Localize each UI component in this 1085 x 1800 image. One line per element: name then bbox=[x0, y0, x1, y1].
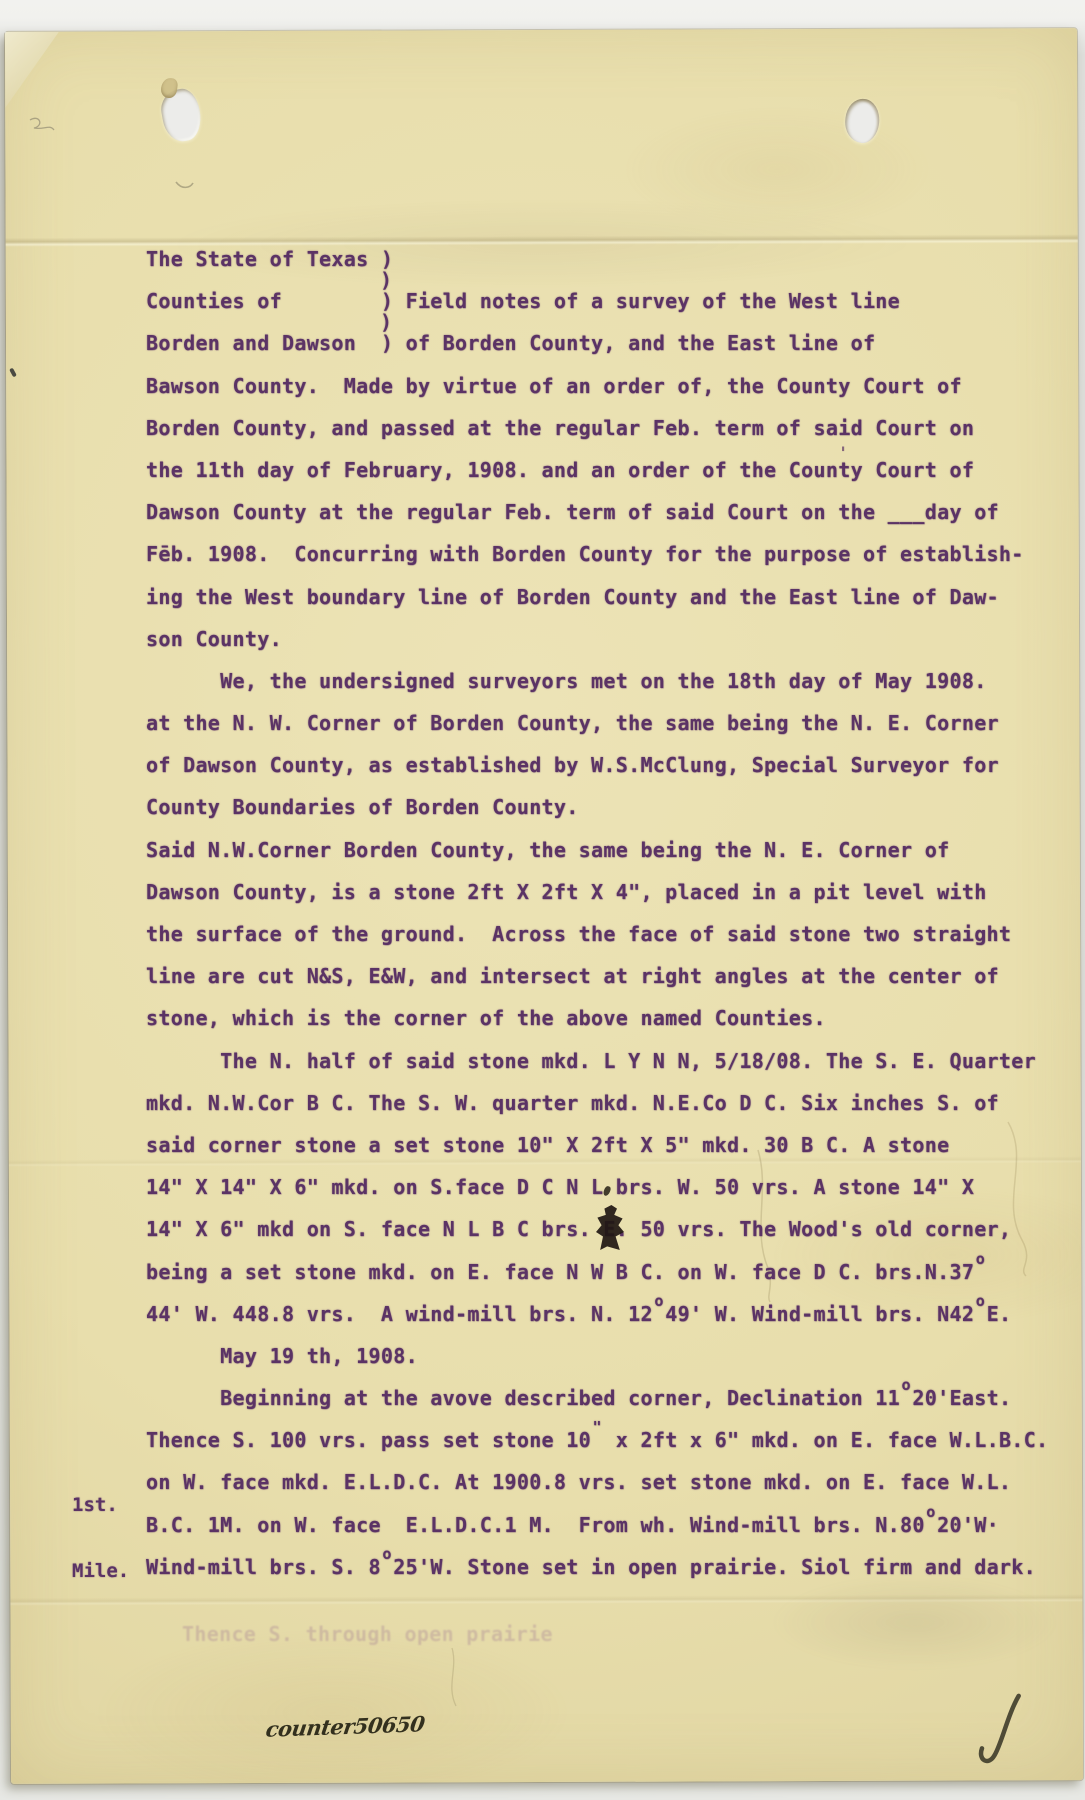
punch-hole-right bbox=[843, 97, 881, 144]
punch-hole-left bbox=[158, 86, 205, 144]
brace-mark-lower: ) bbox=[380, 301, 392, 343]
typed-line: the 11th day of February, 1908. and an o… bbox=[146, 449, 1048, 491]
stray-ink-mark: ' bbox=[838, 444, 848, 464]
typed-line: said corner stone a set stone 10" X 2ft … bbox=[146, 1124, 1048, 1166]
typed-line: Bawson County. Made by virtue of an orde… bbox=[146, 365, 1048, 407]
typed-line: The N. half of said stone mkd. L Y N N, … bbox=[146, 1040, 1048, 1082]
ghost-typed-line: Thence S. through open prairie bbox=[182, 1622, 553, 1646]
typed-line: The State of Texas ) bbox=[146, 238, 1048, 280]
typed-line: of Dawson County, as established by W.S.… bbox=[146, 744, 1048, 786]
typed-line: Dawson County, is a stone 2ft X 2ft X 4"… bbox=[146, 871, 1048, 913]
typed-line: 44' W. 448.8 vrs. A wind-mill brs. N. 12… bbox=[146, 1293, 1048, 1335]
typed-line: stone, which is the corner of the above … bbox=[146, 997, 1048, 1039]
check-mark-icon bbox=[972, 1688, 1026, 1772]
typed-line: Borden and Dawson ) of Borden County, an… bbox=[146, 322, 1048, 364]
margin-note-first-mile: 1st. Mile. bbox=[72, 1450, 129, 1604]
margin-note-line1: 1st. bbox=[72, 1494, 129, 1516]
margin-note-line2: Mile. bbox=[72, 1560, 129, 1582]
typed-line: B.C. 1M. on W. face E.L.D.C.1 M. From wh… bbox=[146, 1504, 1048, 1546]
typed-line: the surface of the ground. Across the fa… bbox=[146, 913, 1048, 955]
typed-line: son County. bbox=[146, 618, 1048, 660]
bleedthrough-smudge bbox=[770, 1575, 1060, 1670]
typed-line: Thence S. 100 vrs. pass set stone 10" x … bbox=[146, 1419, 1048, 1461]
typed-line: May 19 th, 1908. bbox=[146, 1335, 1048, 1377]
typed-line: Fēb. 1908. Concurring with Borden County… bbox=[146, 533, 1048, 575]
typed-line: mkd. N.W.Cor B C. The S. W. quarter mkd.… bbox=[146, 1082, 1048, 1124]
typed-line: Counties of ) Field notes of a survey of… bbox=[146, 280, 1048, 322]
typed-line: Beginning at the avove described corner,… bbox=[146, 1377, 1048, 1419]
typed-line: line are cut N&S, E&W, and intersect at … bbox=[146, 955, 1048, 997]
scanned-document-page: { "page": { "kind": "Scanned typewritten… bbox=[0, 0, 1085, 1800]
typed-line: Said N.W.Corner Borden County, the same … bbox=[146, 829, 1048, 871]
typed-line: ing the West boundary line of Borden Cou… bbox=[146, 576, 1048, 618]
typed-body: The State of Texas )Counties of ) Field … bbox=[146, 238, 1048, 1588]
typed-line: 14" X 6" mkd on S. face N L B C brs. E. … bbox=[146, 1208, 1048, 1250]
typed-line: being a set stone mkd. on E. face N W B … bbox=[146, 1251, 1048, 1293]
brace-mark-upper: ) bbox=[380, 259, 392, 301]
typed-line: 14" X 14" X 6" mkd. on S.face D C N L br… bbox=[146, 1166, 1048, 1208]
typed-line: at the N. W. Corner of Borden County, th… bbox=[146, 702, 1048, 744]
typed-line: Dawson County at the regular Feb. term o… bbox=[146, 491, 1048, 533]
folded-corner bbox=[5, 32, 59, 108]
typed-line: on W. face mkd. E.L.D.C. At 1900.8 vrs. … bbox=[146, 1461, 1048, 1503]
typed-line: Borden County, and passed at the regular… bbox=[146, 407, 1048, 449]
typed-line: County Boundaries of Borden County. bbox=[146, 786, 1048, 828]
typed-line: We, the undersigned surveyors met on the… bbox=[146, 660, 1048, 702]
